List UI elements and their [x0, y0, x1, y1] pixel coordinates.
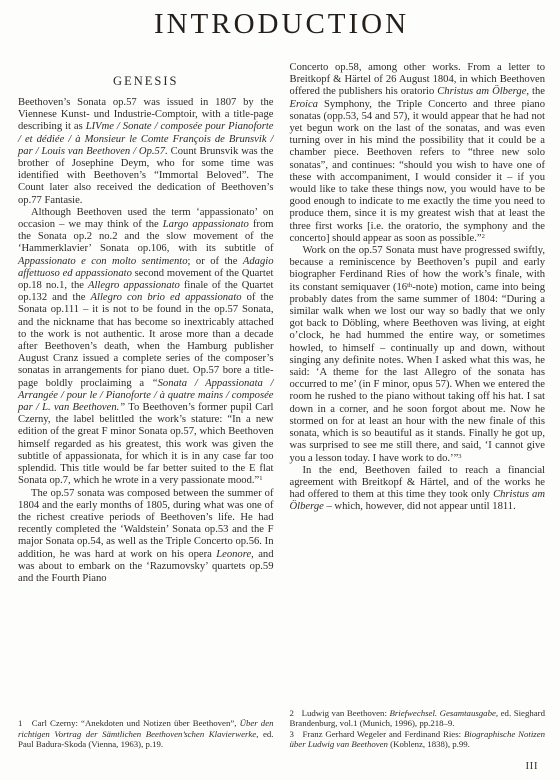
- footnote: 3 Franz Gerhard Wegeler and Ferdinand Ri…: [290, 729, 546, 750]
- paragraph: The op.57 sonata was composed between th…: [18, 488, 274, 586]
- paragraph: In the end, Beethoven failed to reach a …: [290, 465, 546, 514]
- paragraph: Work on the op.57 Sonata must have progr…: [290, 245, 546, 465]
- page-title: INTRODUCTION: [18, 8, 545, 41]
- right-footnotes: 2 Ludwig van Beethoven: Briefwechsel. Ge…: [290, 702, 546, 750]
- left-footnotes: 1 Carl Czerny: “Anekdoten und Notizen üb…: [18, 712, 274, 750]
- left-column: GENESIS Beethoven’s Sonata op.57 was iss…: [18, 62, 274, 750]
- page-number: III: [526, 760, 539, 772]
- paragraph: Concerto op.58, among other works. From …: [290, 62, 546, 245]
- two-column-text: GENESIS Beethoven’s Sonata op.57 was iss…: [18, 62, 545, 750]
- paragraph: Beethoven’s Sonata op.57 was issued in 1…: [18, 97, 274, 207]
- section-heading-genesis: GENESIS: [18, 74, 274, 89]
- footnote: 1 Carl Czerny: “Anekdoten und Notizen üb…: [18, 718, 274, 750]
- right-column: Concerto op.58, among other works. From …: [290, 62, 546, 750]
- footnote: 2 Ludwig van Beethoven: Briefwechsel. Ge…: [290, 708, 546, 729]
- paragraph: Although Beethoven used the term ‘appass…: [18, 207, 274, 488]
- book-page: INTRODUCTION GENESIS Beethoven’s Sonata …: [0, 0, 560, 780]
